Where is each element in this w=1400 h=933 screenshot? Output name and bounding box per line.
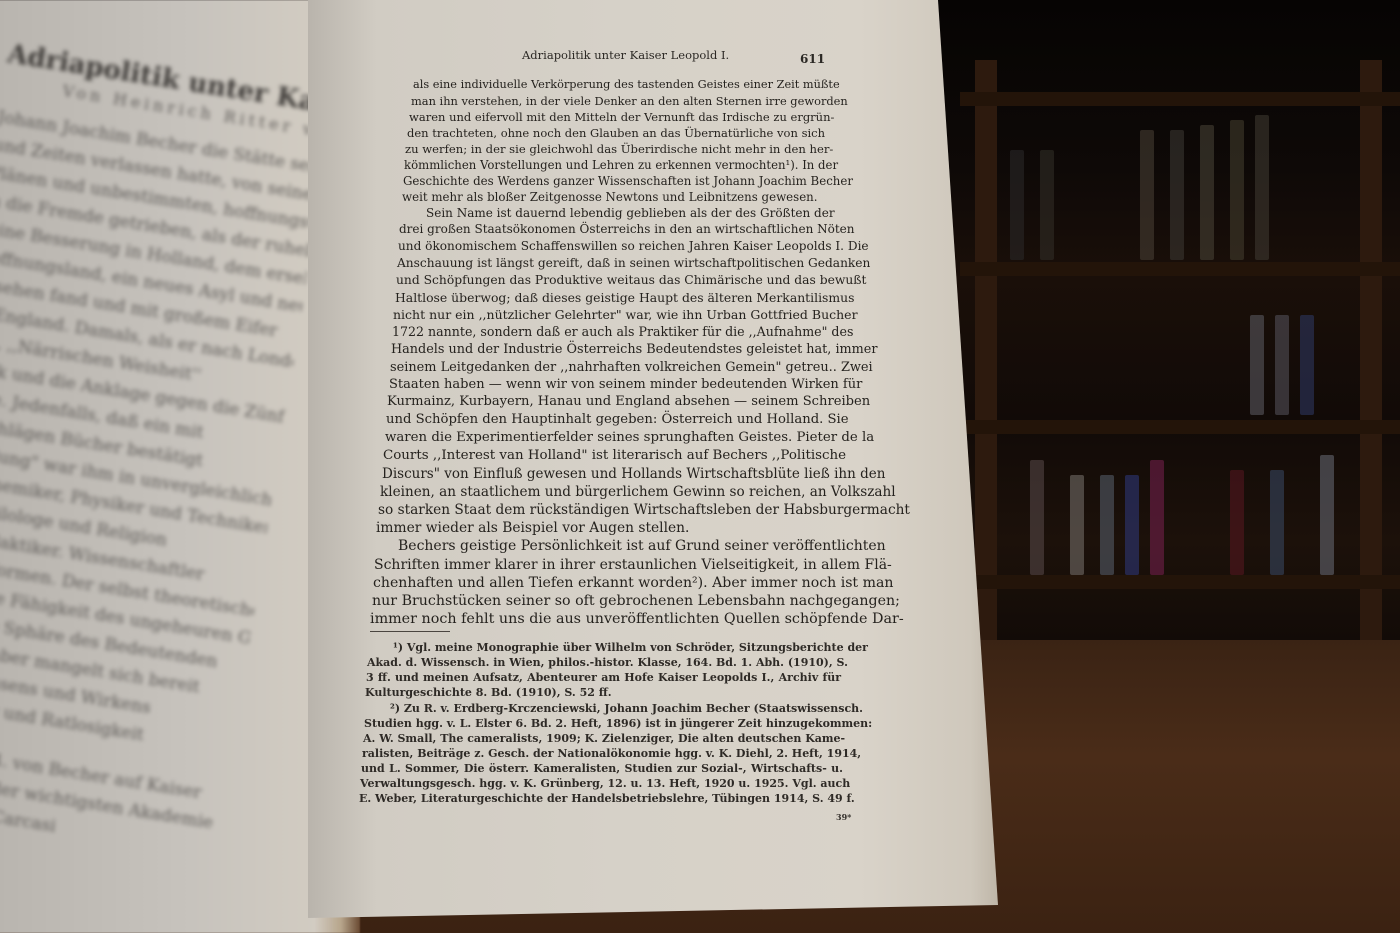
shelf-board xyxy=(960,575,1400,589)
shelf-board xyxy=(960,420,1400,434)
body-line: Haltlose überwog; daß dieses geistige Ha… xyxy=(395,290,834,305)
body-line: immer wieder als Beispiel vor Augen stel… xyxy=(376,520,656,536)
body-line: Kurmainz, Kurbayern, Hanau und England a… xyxy=(387,394,838,409)
body-line: chenhaften und allen Tiefen erkannt word… xyxy=(373,575,845,591)
body-line: waren die Experimentierfelder seines spr… xyxy=(385,430,840,445)
body-line: kömmlichen Vorstellungen und Lehren zu e… xyxy=(404,158,826,172)
body-line: Geschichte des Werdens ganzer Wissenscha… xyxy=(403,174,827,188)
body-line: Courts ,,Interest van Holland" ist liter… xyxy=(383,448,840,463)
body-line: und ökonomischem Schaffenswillen so reic… xyxy=(398,239,831,253)
body-line: 1722 nannte, sondern daß er auch als Pra… xyxy=(392,324,835,339)
footnote-line: E. Weber, Literaturgeschichte der Handel… xyxy=(359,792,843,805)
body-line: kleinen, an staatlichem und bürgerlichem… xyxy=(380,484,841,500)
left-page-text: Adriapolitik unter Kaiser Leopold I. Von… xyxy=(0,40,336,866)
footnote-rule xyxy=(370,631,450,632)
body-line: Staaten haben — wenn wir von seinem mind… xyxy=(389,377,838,392)
footnote-line: Kulturgeschichte 8. Bd. (1910), S. 52 ff… xyxy=(365,686,595,699)
left-page: Adriapolitik unter Kaiser Leopold I. Von… xyxy=(0,0,360,933)
footnote-line: Verwaltungsgesch. hgg. v. K. Grünberg, 1… xyxy=(360,777,843,790)
signature-mark: 39* xyxy=(836,812,851,822)
shelf-post xyxy=(975,60,997,700)
body-line: man ihn verstehen, in der viele Denker a… xyxy=(411,94,825,108)
body-line: waren und eifervoll mit den Mitteln der … xyxy=(409,110,825,124)
footnote-line: A. W. Small, The cameralists, 1909; K. Z… xyxy=(363,732,842,745)
body-line: nicht nur ein ,,nützlicher Gelehrter" wa… xyxy=(393,307,834,322)
body-line: und Schöpfen den Hauptinhalt gegeben: Ös… xyxy=(386,412,839,427)
running-head: Adriapolitik unter Kaiser Leopold I. xyxy=(522,48,729,62)
footnote-line: ¹) Vgl. meine Monographie über Wilhelm v… xyxy=(393,641,839,654)
footnote-line: ²) Zu R. v. Erdberg-Krczenciewski, Johan… xyxy=(390,702,841,715)
footnote-line: Akad. d. Wissensch. in Wien, philos.-his… xyxy=(367,656,840,669)
body-line: nur Bruchstücken seiner so oft gebrochen… xyxy=(372,593,846,609)
body-line: immer noch fehlt uns die aus unveröffent… xyxy=(370,611,846,627)
body-line: Schriften immer klarer in ihrer erstaunl… xyxy=(374,557,844,573)
body-line: Discurs" von Einfluß gewesen und Holland… xyxy=(382,466,841,482)
body-line: so starken Staat dem rückständigen Wirts… xyxy=(378,502,842,518)
body-line: als eine individuelle Verkörperung des t… xyxy=(413,78,823,91)
shelf-board xyxy=(960,262,1400,276)
body-line: drei großen Staatsökonomen Österreichs i… xyxy=(399,222,830,236)
body-line: den trachteten, ohne noch den Glauben an… xyxy=(407,126,825,140)
shelf-board xyxy=(960,92,1400,106)
footnote-line: Studien hgg. v. L. Elster 6. Bd. 2. Heft… xyxy=(364,717,842,730)
footnote-line: und L. Sommer, Die österr. Kameralisten,… xyxy=(361,762,843,775)
body-line: Bechers geistige Persönlichkeit ist auf … xyxy=(398,538,844,554)
page-number: 611 xyxy=(800,52,825,66)
shelf-post xyxy=(1360,60,1382,700)
body-line: und Schöpfungen das Produktive weitaus d… xyxy=(396,273,833,287)
body-line: Sein Name ist dauernd lebendig geblieben… xyxy=(426,206,829,220)
footnote-line: ralisten, Beiträge z. Gesch. der Nationa… xyxy=(362,747,843,760)
body-line: Anschauung ist längst gereift, daß in se… xyxy=(397,256,832,270)
body-line: seinem Leitgedanken der ,,nahrhaften vol… xyxy=(390,360,837,375)
footnote-line: 3 ff. und meinen Aufsatz, Abenteurer am … xyxy=(366,671,841,684)
body-line: Handels und der Industrie Österreichs Be… xyxy=(391,342,836,357)
body-line: weit mehr als bloßer Zeitgenosse Newtons… xyxy=(402,190,802,204)
body-line: zu werfen; in der sie gleichwohl das Übe… xyxy=(405,142,825,156)
